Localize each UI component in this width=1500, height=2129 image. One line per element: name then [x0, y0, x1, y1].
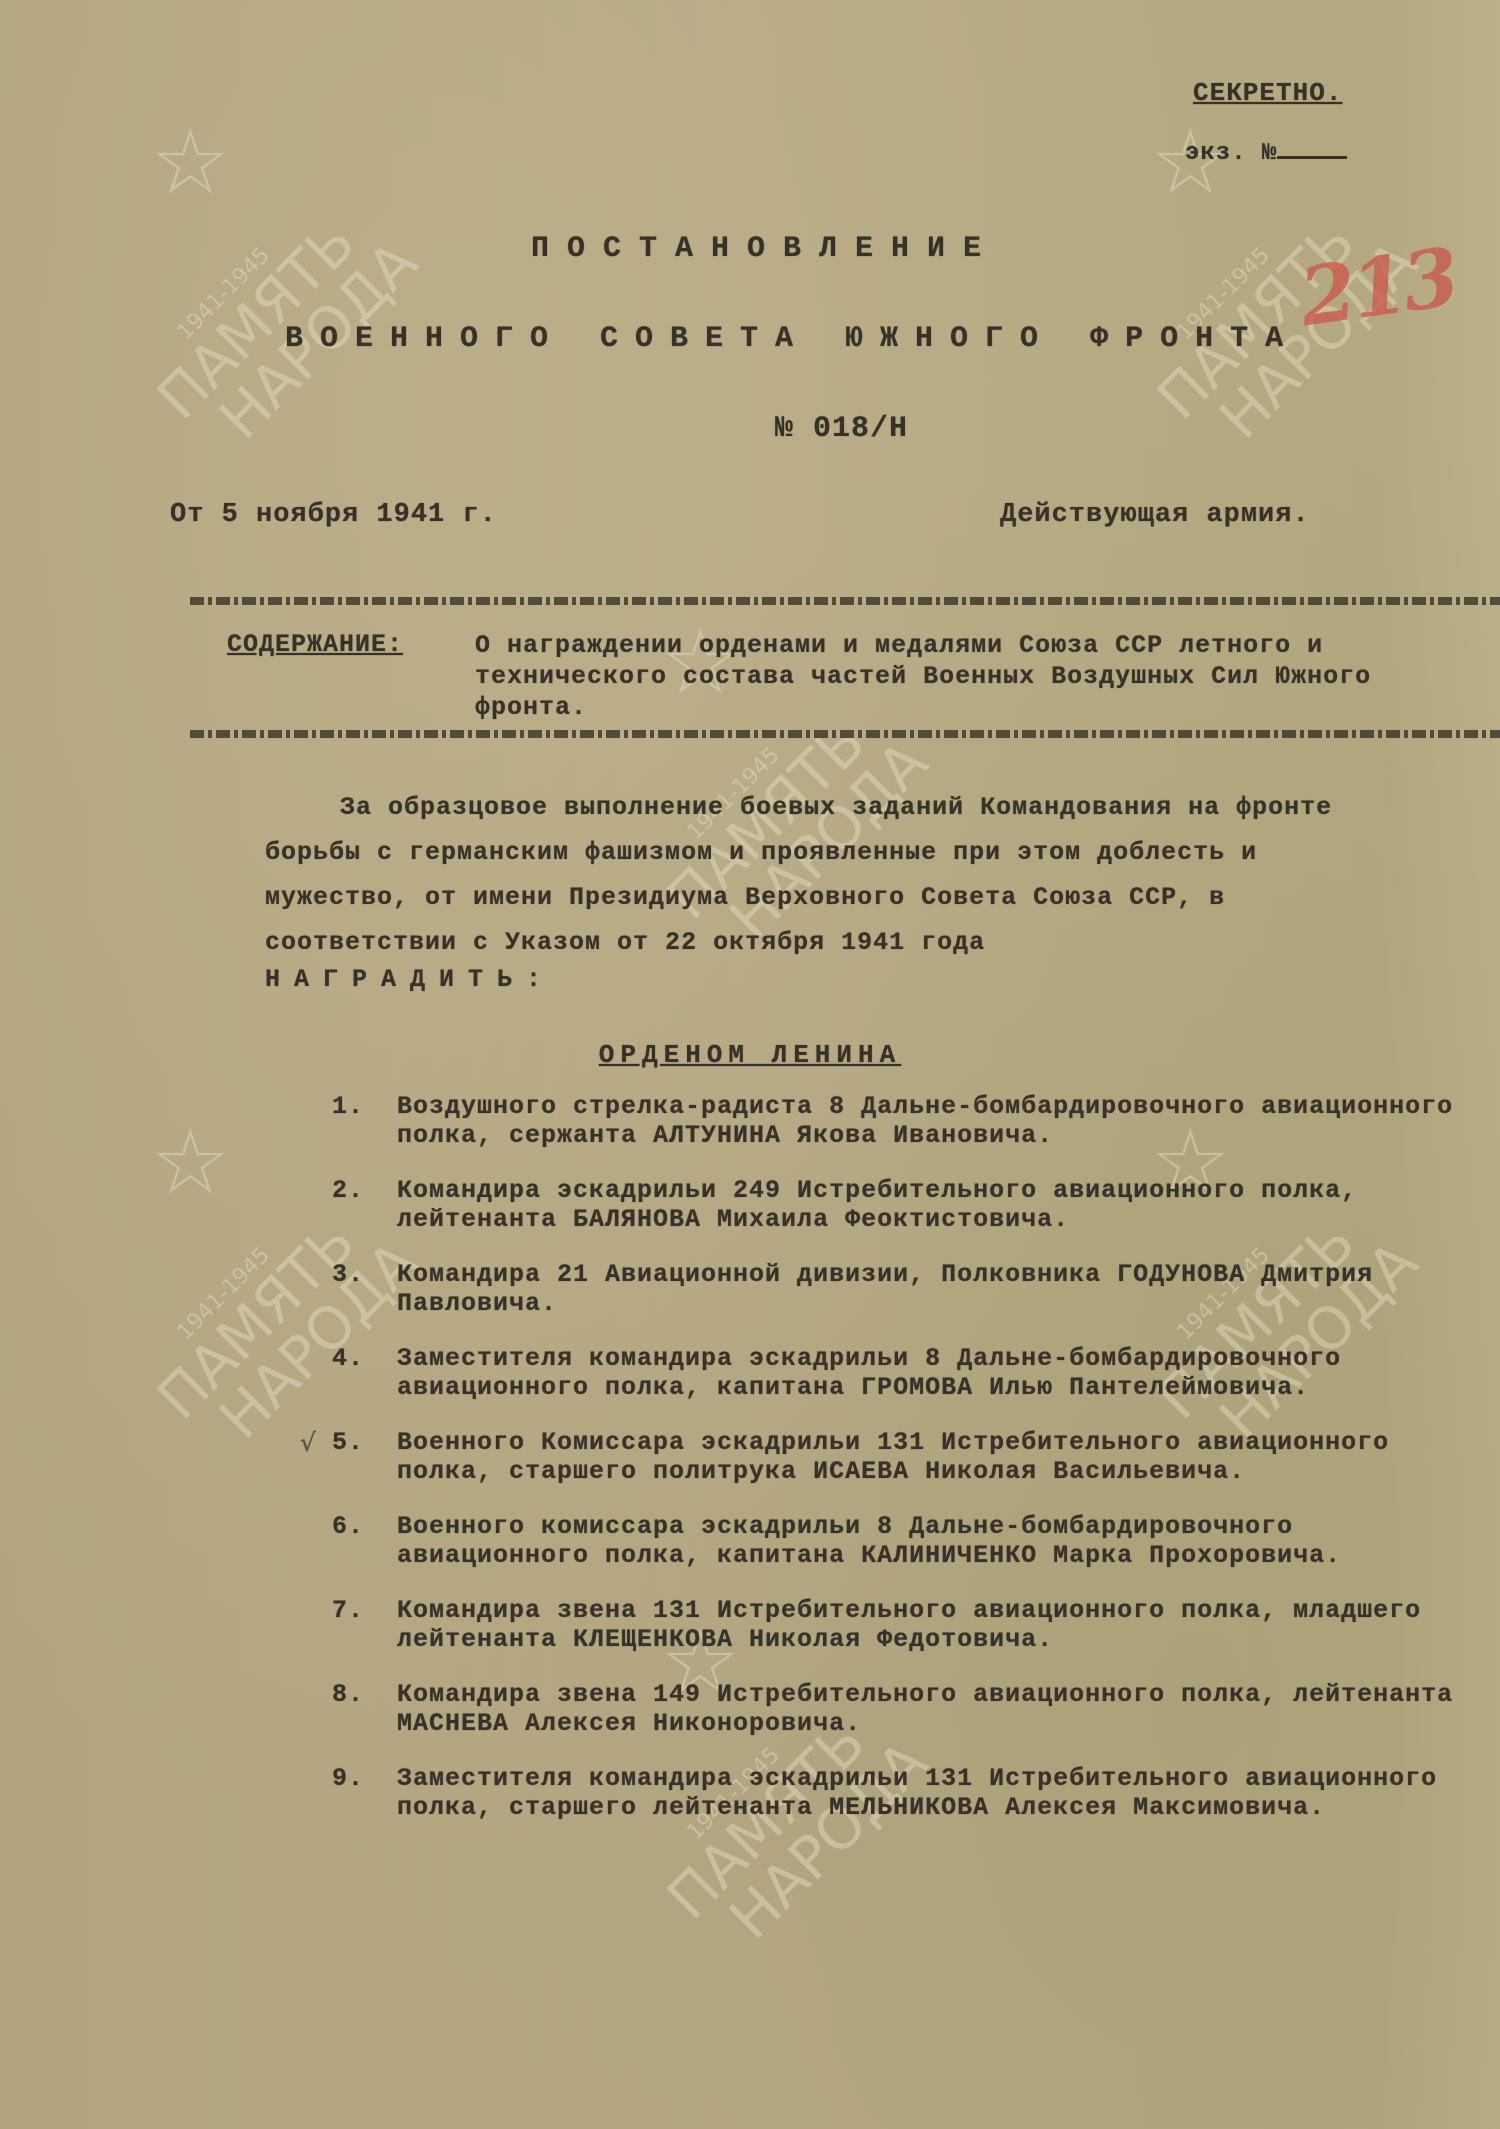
award-number: 4.: [332, 1344, 364, 1373]
award-entry: 6.Военного комиссара эскадрильи 8 Дальне…: [330, 1512, 1480, 1570]
classification-stamp: СЕКРЕТНО.: [1193, 78, 1342, 108]
award-text: Командира 21 Авиационной дивизии, Полков…: [397, 1260, 1373, 1318]
document-date: От 5 ноября 1941 г.: [170, 500, 497, 530]
preamble: За образцовое выполнение боевых заданий …: [265, 785, 1410, 965]
content-label: СОДЕРЖАНИЕ:: [227, 630, 403, 659]
copy-number-blank: [1277, 156, 1347, 159]
award-text: Командира эскадрильи 249 Истребительного…: [397, 1176, 1357, 1234]
award-text: Заместителя командира эскадрильи 8 Дальн…: [397, 1344, 1341, 1402]
award-text: Командира звена 149 Истребительного авиа…: [397, 1680, 1453, 1738]
award-number: 2.: [332, 1176, 364, 1205]
award-number: 8.: [332, 1680, 364, 1709]
award-number: 5.: [332, 1428, 364, 1457]
award-entry: 7.Командира звена 131 Истребительного ав…: [330, 1596, 1480, 1654]
award-entry: 9.Заместителя командира эскадрильи 131 И…: [330, 1764, 1480, 1822]
award-text: Военного Комиссара эскадрильи 131 Истреб…: [397, 1428, 1389, 1486]
order-heading: ОРДЕНОМ ЛЕНИНА: [0, 1040, 1500, 1070]
awards-list: 1.Воздушного стрелка-радиста 8 Дальне-бо…: [330, 1092, 1480, 1822]
award-number: 9.: [332, 1764, 364, 1793]
copy-label: экз. №: [1185, 140, 1277, 167]
document-number: № 018/Н: [775, 412, 908, 446]
star-icon: ☆: [150, 1110, 231, 1215]
award-number: 3.: [332, 1260, 364, 1289]
copy-number: экз. №: [1185, 140, 1347, 167]
award-entry: 1.Воздушного стрелка-радиста 8 Дальне-бо…: [330, 1092, 1480, 1150]
award-entry: 2.Командира эскадрильи 249 Истребительно…: [330, 1176, 1480, 1234]
divider: [190, 597, 1500, 605]
order-heading-text: ОРДЕНОМ ЛЕНИНА: [599, 1040, 901, 1070]
award-text: Военного комиссара эскадрильи 8 Дальне-б…: [397, 1512, 1341, 1570]
content-text: О награждении орденами и медалями Союза …: [475, 630, 1485, 723]
award-text: Заместителя командира эскадрильи 131 Ист…: [397, 1764, 1437, 1822]
award-entry: √5.Военного Комиссара эскадрильи 131 Ист…: [330, 1428, 1480, 1486]
document-title: ПОСТАНОВЛЕНИЕ: [0, 232, 1500, 266]
award-text: Воздушного стрелка-радиста 8 Дальне-бомб…: [397, 1092, 1453, 1150]
award-directive: НАГРАДИТЬ:: [265, 965, 555, 994]
award-number: 7.: [332, 1596, 364, 1625]
award-entry: 8.Командира звена 149 Истребительного ав…: [330, 1680, 1480, 1738]
award-entry: 3.Командира 21 Авиационной дивизии, Полк…: [330, 1260, 1480, 1318]
award-entry: 4.Заместителя командира эскадрильи 8 Дал…: [330, 1344, 1480, 1402]
checkmark-icon: √: [300, 1428, 317, 1457]
divider: [190, 730, 1500, 738]
award-number: 1.: [332, 1092, 364, 1121]
document-location: Действующая армия.: [1000, 500, 1310, 530]
award-number: 6.: [332, 1512, 364, 1541]
star-icon: ☆: [150, 110, 231, 215]
award-text: Командира звена 131 Истребительного авиа…: [397, 1596, 1421, 1654]
document-subtitle: ВОЕННОГО СОВЕТА ЮЖНОГО ФРОНТА: [285, 322, 1300, 356]
